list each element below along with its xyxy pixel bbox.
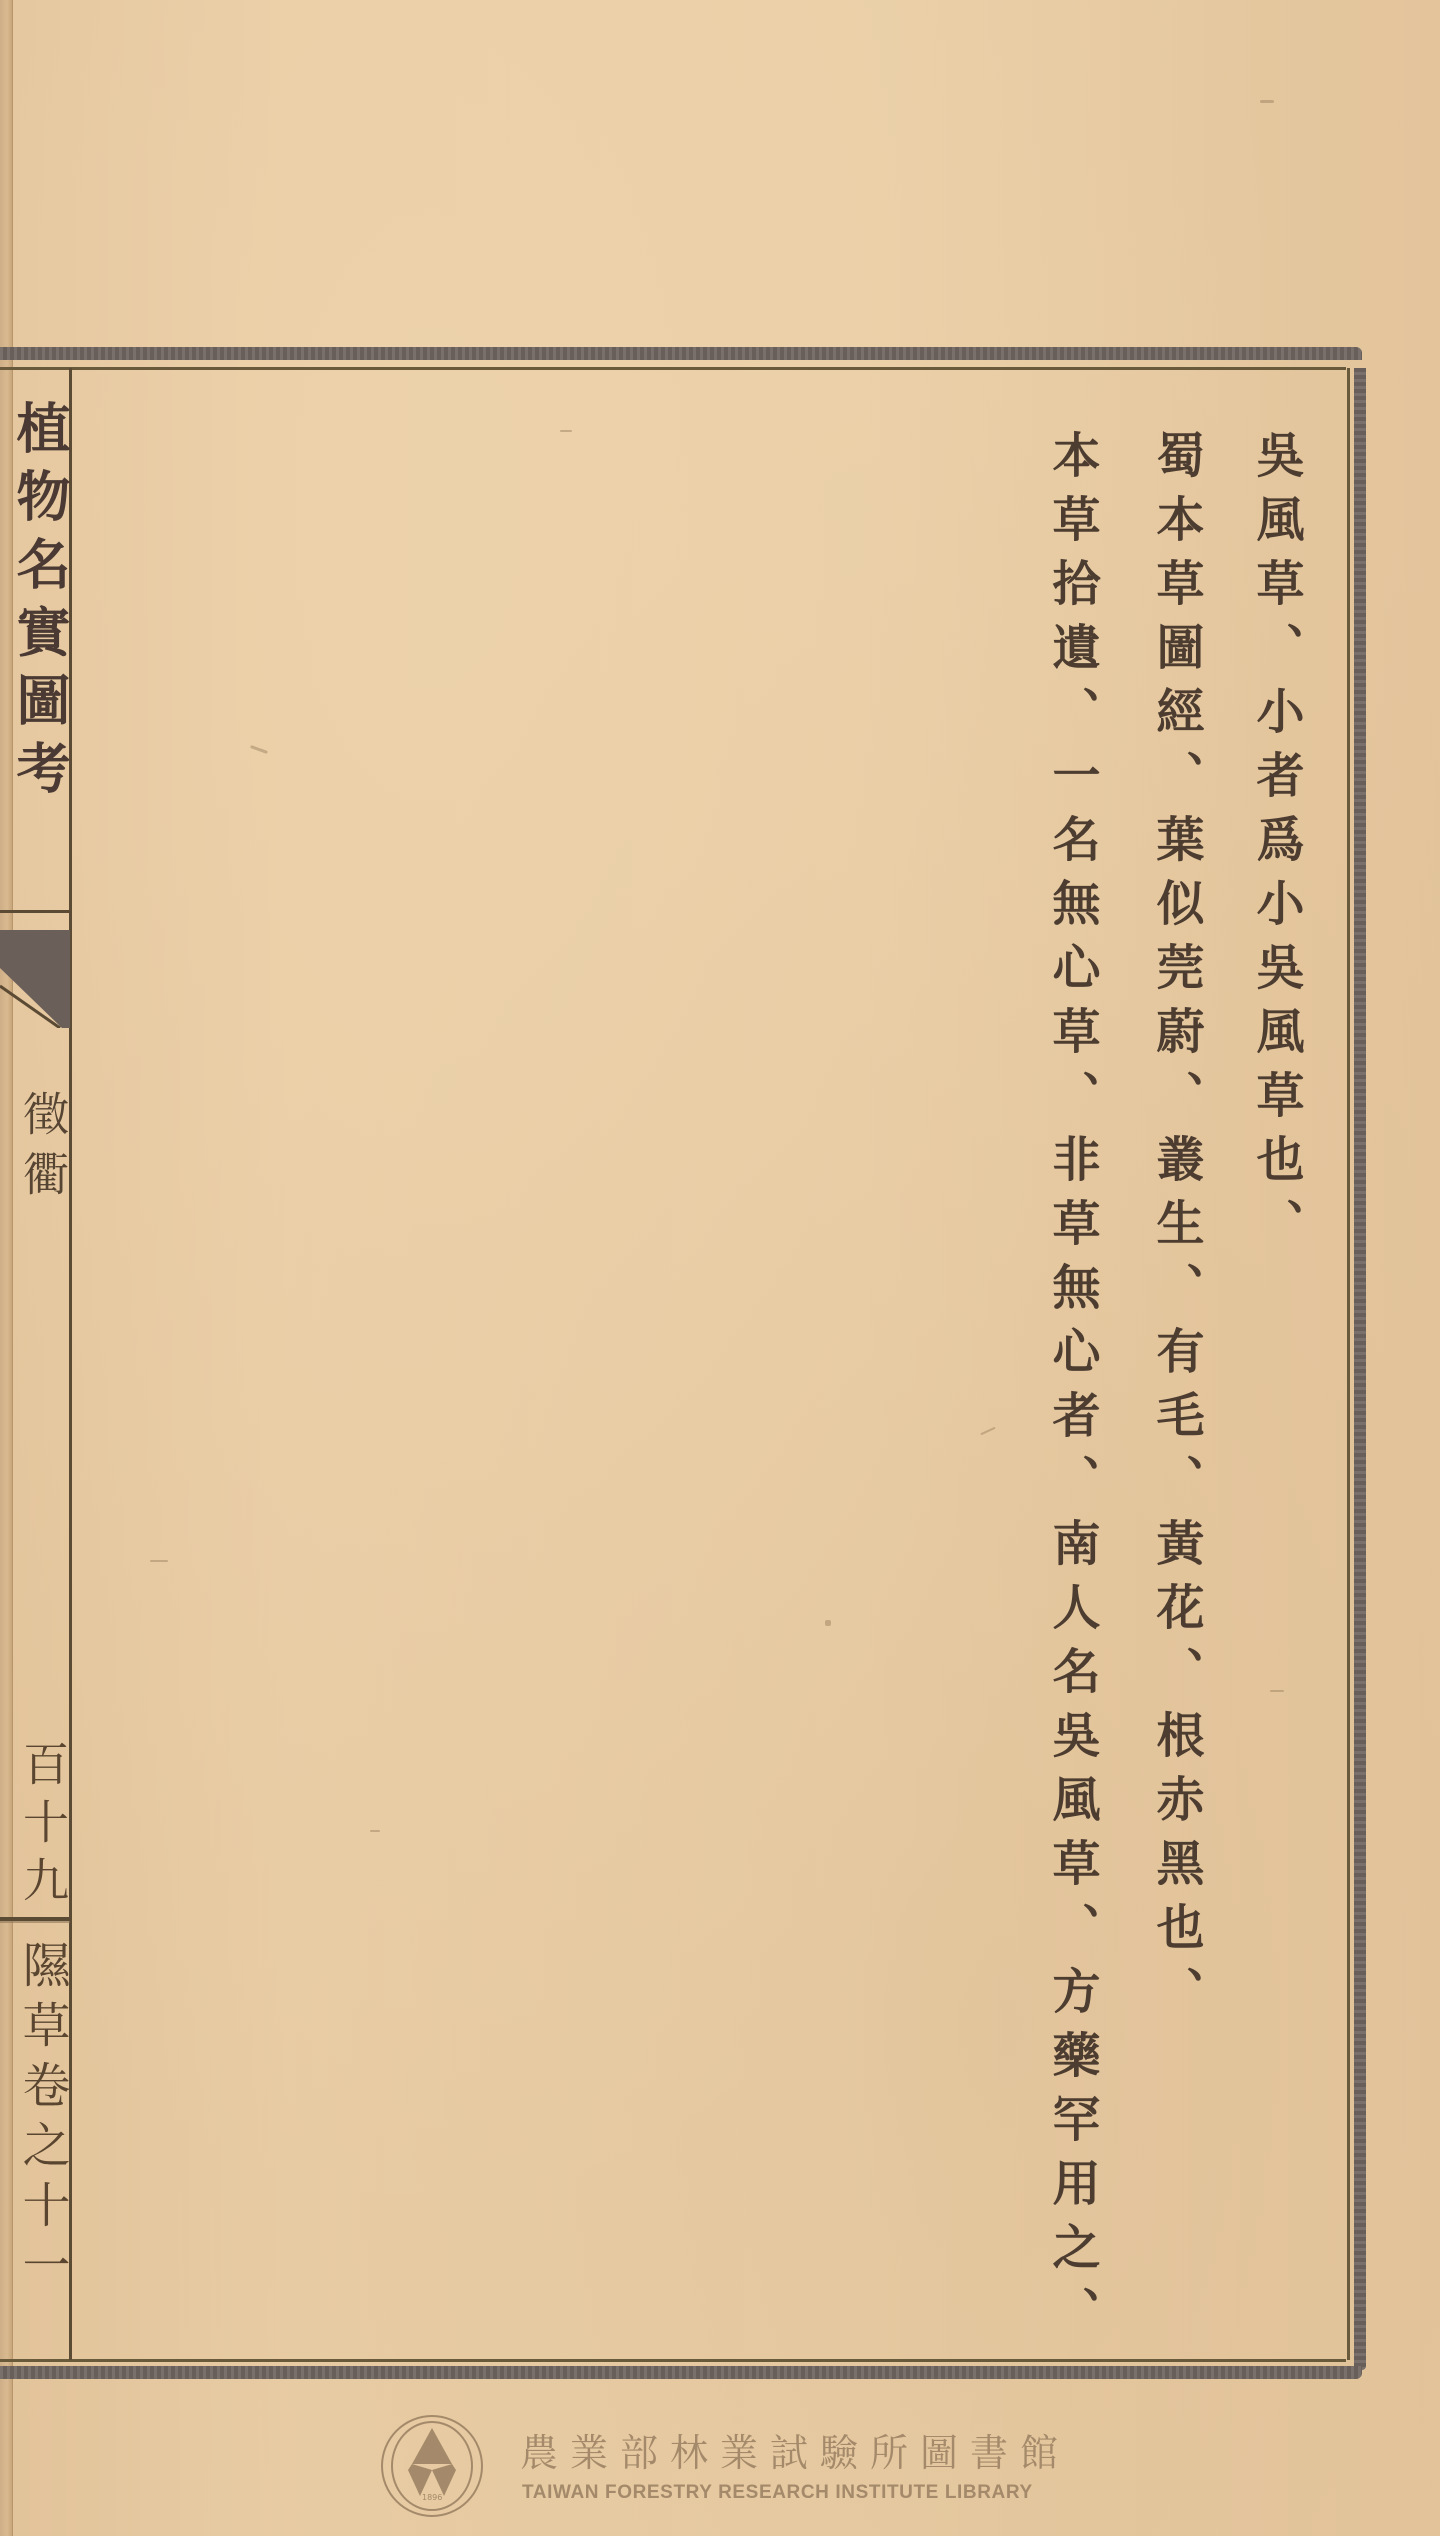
inner-frame-top xyxy=(0,367,1346,370)
library-name-english: TAIWAN FORESTRY RESEARCH INSTITUTE LIBRA… xyxy=(522,2482,1033,2504)
outer-frame-bottom xyxy=(0,2366,1362,2379)
inner-frame-right xyxy=(1347,368,1350,2360)
margin-book-title: 植物名實圖考 xyxy=(2,400,79,808)
text-column-1: 吳風草、小者爲小吳風草也、 xyxy=(1252,430,1300,1262)
margin-author-mark: 徵衢 xyxy=(10,1090,76,1210)
banxin-separator-top xyxy=(0,910,70,913)
outer-frame-right xyxy=(1354,368,1366,2370)
margin-section-title: 隰草卷之十一 xyxy=(8,1940,77,2300)
margin-page-number: 百十九 xyxy=(10,1740,76,1914)
inner-frame-bottom xyxy=(0,2359,1346,2362)
text-column-2: 蜀本草圖經、葉似莞蔚、叢生、有毛、黃花、根赤黑也、 xyxy=(1152,430,1200,2030)
outer-frame-top xyxy=(0,347,1362,360)
library-name-chinese: 農業部林業試驗所圖書館 xyxy=(520,2422,1070,2477)
banxin-separator-shadow xyxy=(0,1921,70,1923)
library-watermark: 1896 農業部林業試驗所圖書館 TAIWAN FORESTRY RESEARC… xyxy=(378,2412,1078,2522)
svg-text:1896: 1896 xyxy=(422,2493,442,2502)
fishtail-icon xyxy=(0,928,70,1028)
text-column-3: 本草拾遺、一名無心草、非草無心者、南人名吳風草、方藥罕用之、 xyxy=(1048,430,1096,2350)
forestry-institute-logo-icon: 1896 xyxy=(378,2412,486,2520)
